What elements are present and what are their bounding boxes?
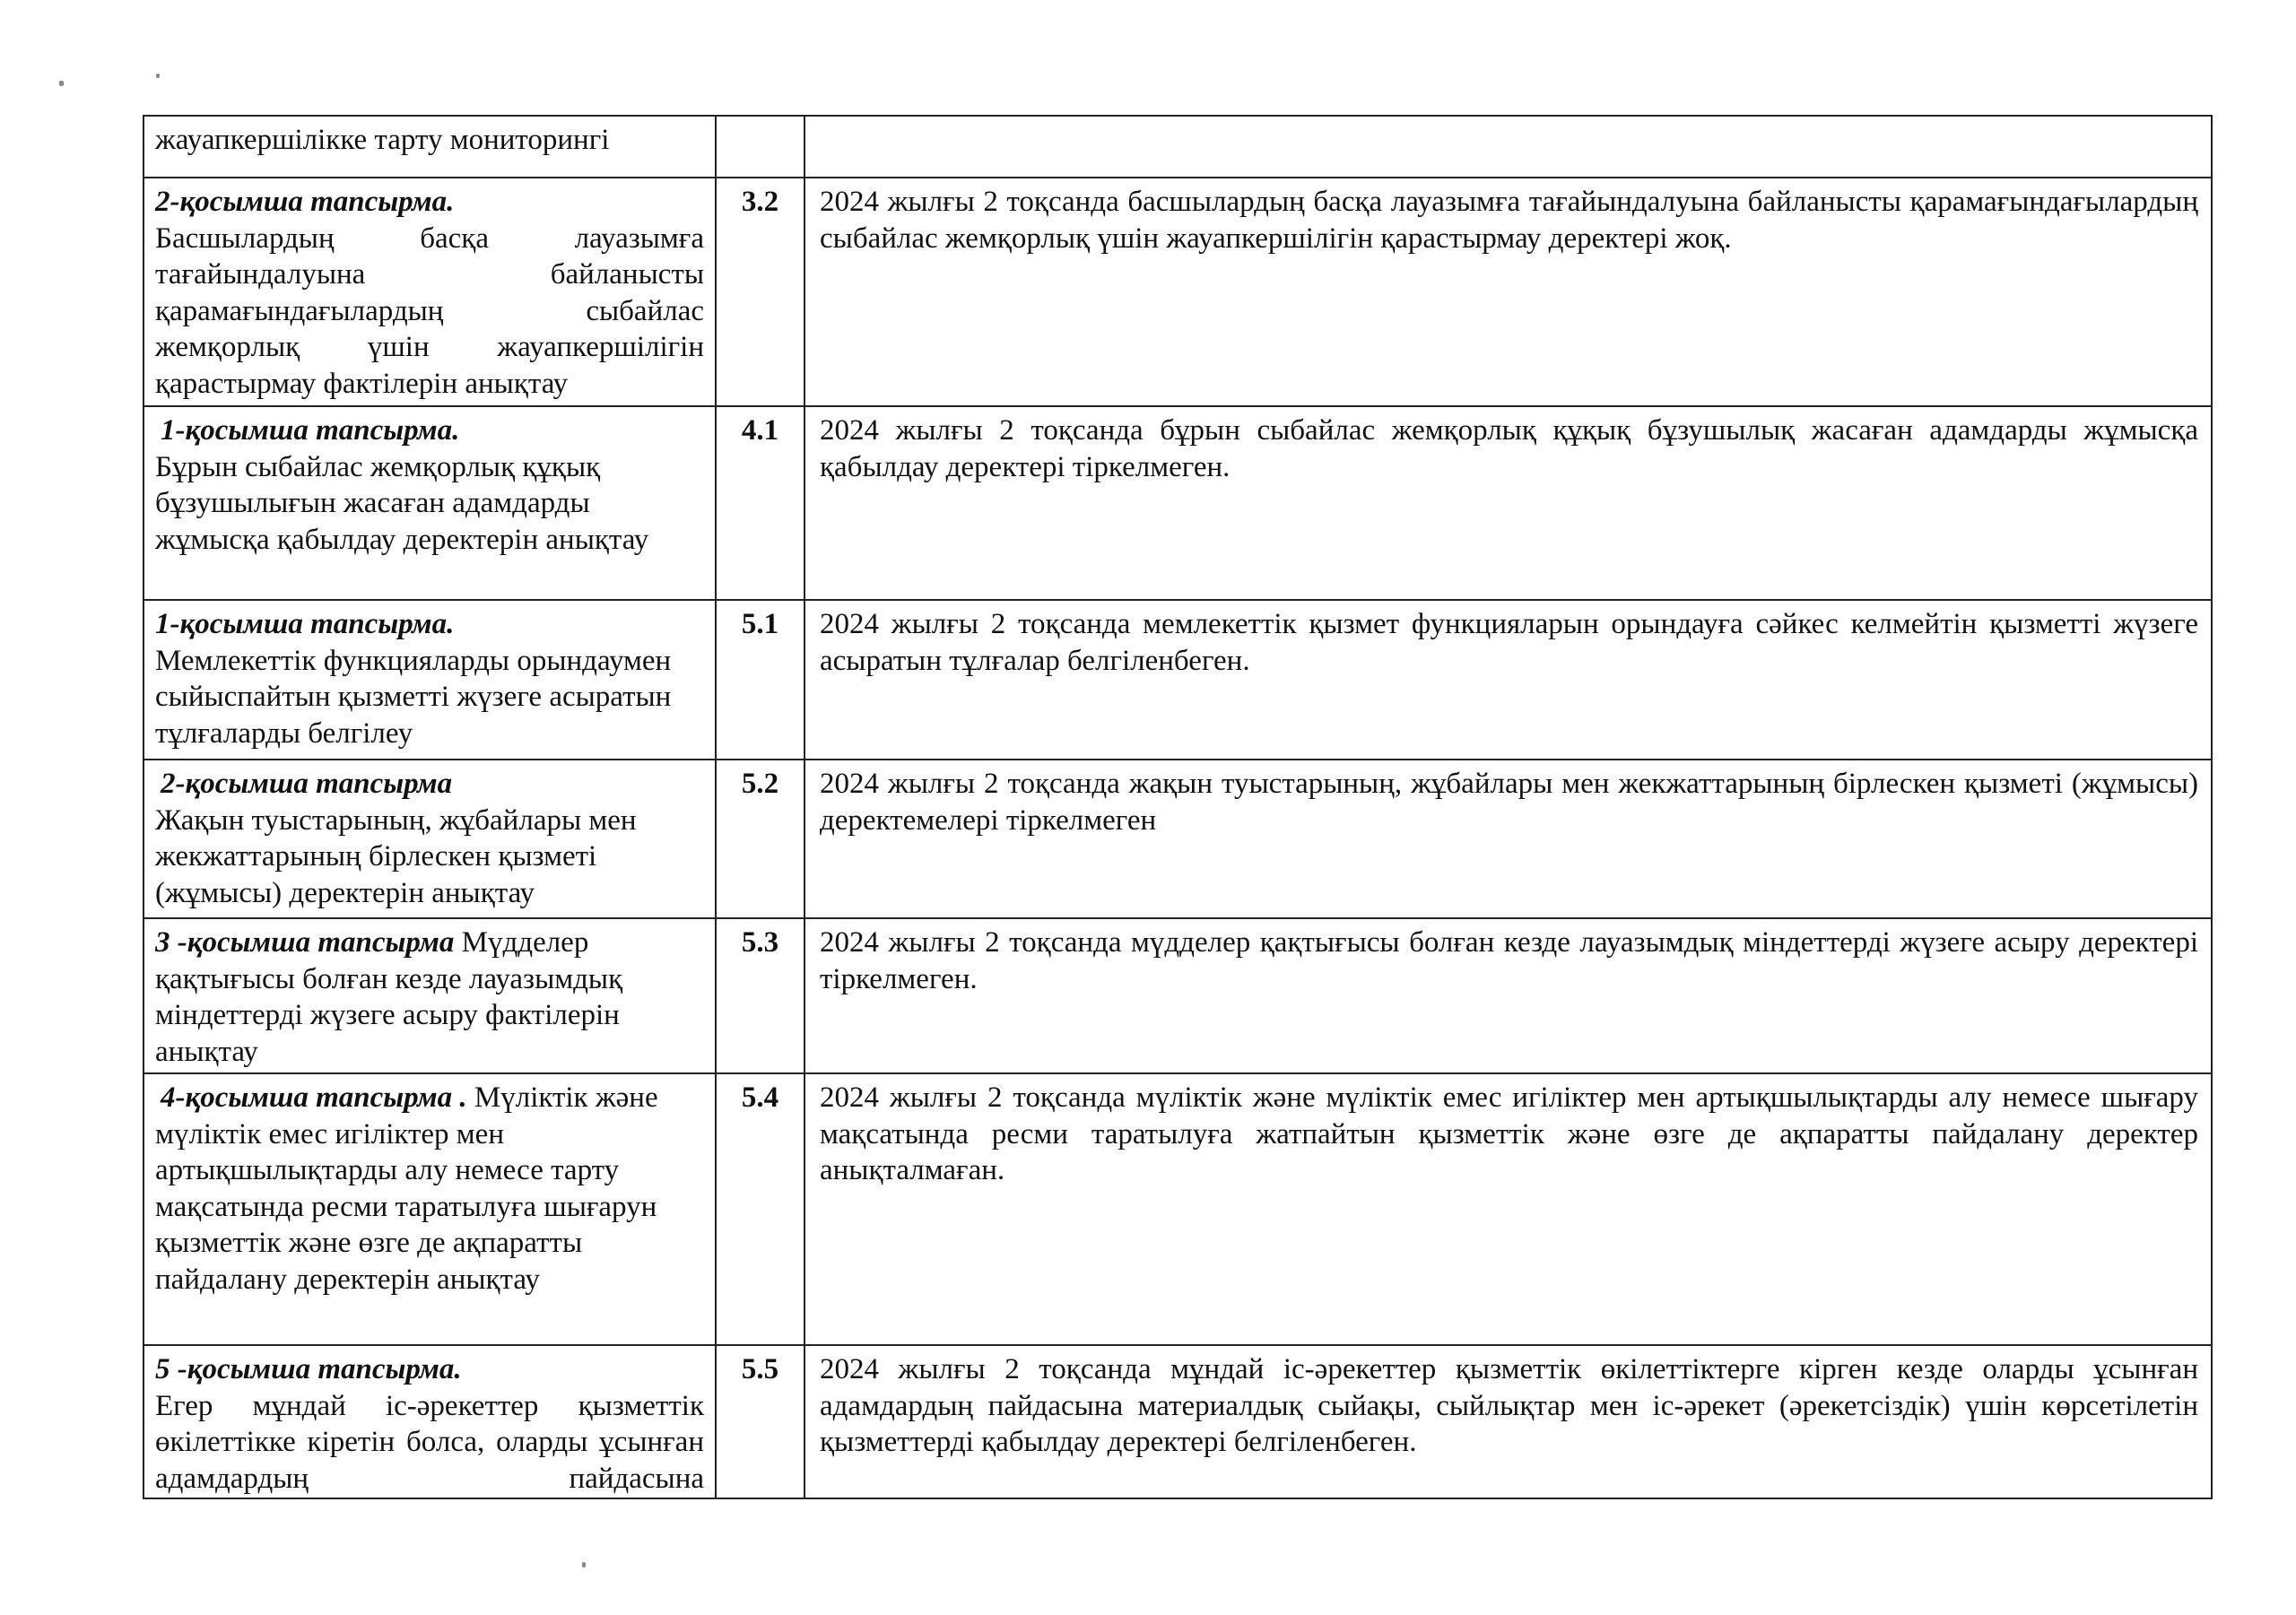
task-title: 2-қосымша тапсырма. [155, 184, 704, 221]
result-cell [804, 116, 2212, 178]
result-cell: 2024 жылғы 2 тоқсанда басшылардың басқа … [804, 178, 2212, 406]
task-text: Егер мұндай іс-әрекеттер қызметтік өкіле… [155, 1388, 704, 1498]
task-cell: 3 -қосымша тапсырма Мүдделер қақтығысы б… [143, 918, 716, 1073]
table-row: жауапкершілікке тарту мониторингі [143, 116, 2212, 178]
scan-speck [59, 81, 64, 86]
task-title: 4-қосымша тапсырма . [155, 1081, 467, 1114]
result-cell: 2024 жылғы 2 тоқсанда жақын туыстарының,… [804, 760, 2212, 918]
number-cell: 4.1 [716, 406, 804, 600]
result-cell: 2024 жылғы 2 тоқсанда бұрын сыбайлас жем… [804, 406, 2212, 600]
task-cell: 1-қосымша тапсырма. Мемлекеттік функциял… [143, 600, 716, 760]
result-cell: 2024 жылғы 2 тоқсанда мүдделер қақтығысы… [804, 918, 2212, 1073]
scan-speck [156, 74, 160, 78]
number-cell: 5.1 [716, 600, 804, 760]
result-cell: 2024 жылғы 2 тоқсанда мүліктік және мүлі… [804, 1073, 2212, 1345]
table-row: 1-қосымша тапсырма. Мемлекеттік функциял… [143, 600, 2212, 760]
task-cell: 5 -қосымша тапсырма. Егер мұндай іс-әрек… [143, 1345, 716, 1498]
number-cell [716, 116, 804, 178]
table-row: 1-қосымша тапсырма. Бұрын сыбайлас жемқо… [143, 406, 2212, 600]
task-title: 1-қосымша тапсырма. [155, 412, 704, 449]
task-cell: 2-қосымша тапсырма Жақын туыстарының, жұ… [143, 760, 716, 918]
task-cell: 2-қосымша тапсырма. Басшылардың басқа ла… [143, 178, 716, 406]
task-text: Мемлекеттік функцияларды орындаумен сыйы… [155, 643, 704, 752]
result-cell: 2024 жылғы 2 тоқсанда мұндай іс-әрекетте… [804, 1345, 2212, 1498]
task-title: 1-қосымша тапсырма. [155, 606, 704, 643]
task-title: 5 -қосымша тапсырма. [155, 1351, 704, 1388]
result-cell: 2024 жылғы 2 тоқсанда мемлекеттік қызмет… [804, 600, 2212, 760]
task-text: жауапкершілікке тарту мониторингі [155, 124, 609, 156]
task-text: Басшылардың басқа лауазымға тағайындалуы… [155, 221, 704, 403]
table-row: 2-қосымша тапсырма Жақын туыстарының, жұ… [143, 760, 2212, 918]
table-row: 2-қосымша тапсырма. Басшылардың басқа ла… [143, 178, 2212, 406]
task-cell: жауапкершілікке тарту мониторингі [143, 116, 716, 178]
number-cell: 3.2 [716, 178, 804, 406]
table-row: 5 -қосымша тапсырма. Егер мұндай іс-әрек… [143, 1345, 2212, 1498]
number-cell: 5.2 [716, 760, 804, 918]
report-table: жауапкершілікке тарту мониторингі 2-қосы… [143, 115, 2213, 1499]
task-text: Бұрын сыбайлас жемқорлық құқық бұзушылығ… [155, 449, 657, 559]
number-cell: 5.5 [716, 1345, 804, 1498]
task-title: 3 -қосымша тапсырма [155, 926, 454, 959]
number-cell: 5.3 [716, 918, 804, 1073]
table-row: 4-қосымша тапсырма . Мүліктік және мүлік… [143, 1073, 2212, 1345]
number-cell: 5.4 [716, 1073, 804, 1345]
scan-speck [582, 1562, 586, 1567]
task-text: Жақын туыстарының, жұбайлары мен жекжатт… [155, 803, 702, 912]
task-cell: 4-қосымша тапсырма . Мүліктік және мүлік… [143, 1073, 716, 1345]
task-cell: 1-қосымша тапсырма. Бұрын сыбайлас жемқо… [143, 406, 716, 600]
table-row: 3 -қосымша тапсырма Мүдделер қақтығысы б… [143, 918, 2212, 1073]
task-title: 2-қосымша тапсырма [155, 766, 704, 803]
